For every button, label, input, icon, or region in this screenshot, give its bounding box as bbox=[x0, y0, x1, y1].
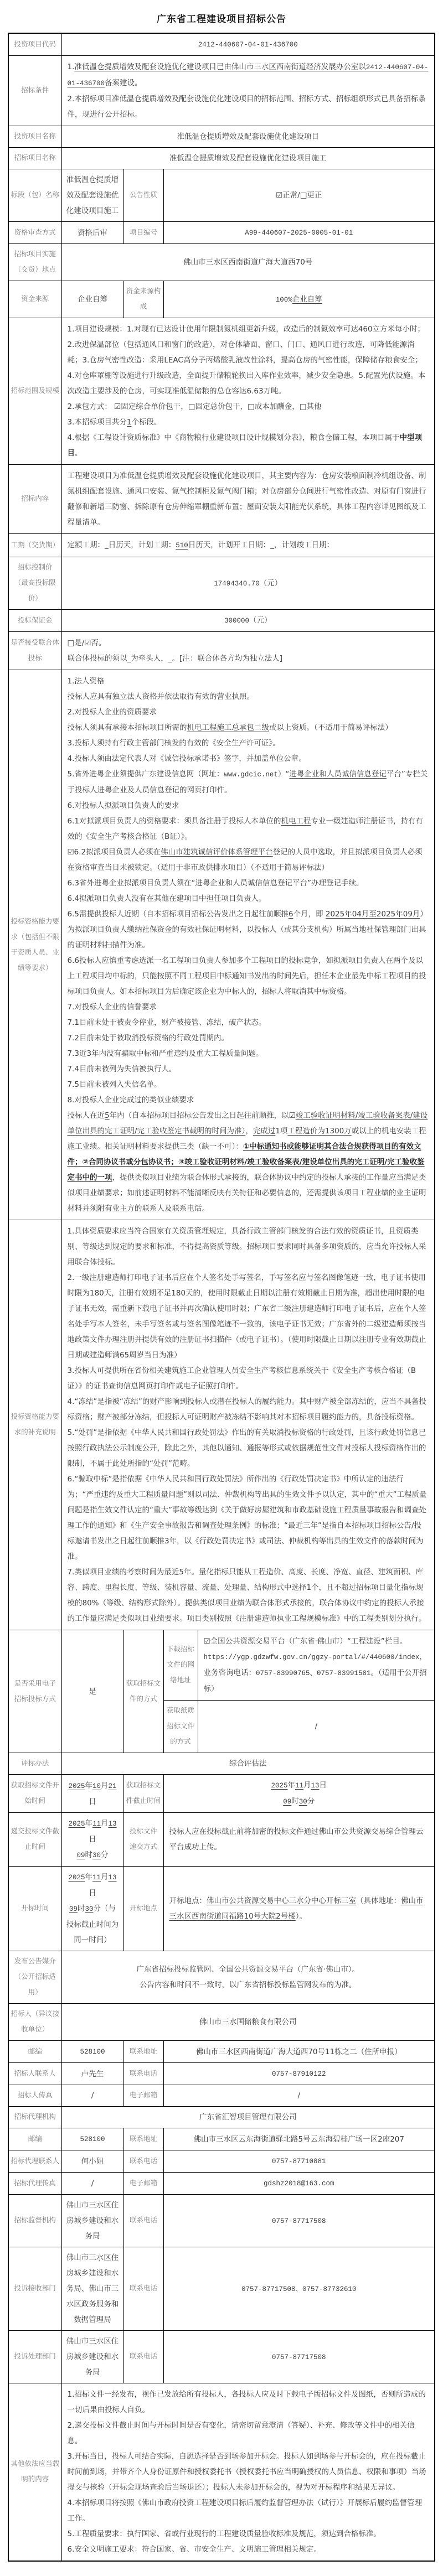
text-line: 1.具体资质要求应当符合国家有关资质管理规定，具备行政主管部门核发的合法有效的资… bbox=[68, 1224, 429, 1270]
tenderer-postcode-label: 邮编 bbox=[8, 2041, 61, 2063]
obtain-deadline-value: 2025年11月13日09时30分 bbox=[163, 1775, 435, 1813]
text-line: 17494340.70（元） bbox=[66, 576, 430, 592]
text-line: 佛山市三水区西南街道广海大道西70号11栋之二（住所申报） bbox=[168, 2044, 430, 2060]
text-line: 综合评估法 bbox=[66, 1756, 430, 1771]
table-row: 招标项目实施（交货）地点佛山市三水区西南街道广海大道西70号 bbox=[8, 244, 435, 281]
complaint-handling-label: 投诉处理部门 bbox=[8, 2331, 61, 2383]
text-segment: （元） bbox=[249, 616, 272, 625]
text-segment: 6 bbox=[289, 910, 293, 919]
text-segment: www.gdcic.net bbox=[224, 771, 278, 779]
text-segment: 1. bbox=[68, 63, 75, 71]
text-line: 4.本招标项目将按照《佛山市政府投资工程建设项目标后履约监督管理办法（试行）》开… bbox=[68, 2495, 429, 2526]
table-row: 招标代理机构广东省汇智项目管理有限公司 bbox=[8, 2107, 435, 2128]
text-line: 投标人应具有独立法人资格并依法取得有效的营业执照。 bbox=[68, 689, 429, 704]
text-line: 6.4拟派项目负责人没有在其他在建项目中担任项目负责人。 bbox=[68, 891, 429, 906]
text-line: 0757-87717508、0757-87732610 bbox=[168, 2281, 430, 2297]
text-line: 招标文件 bbox=[166, 1719, 196, 1734]
text-segment: 月 bbox=[101, 1873, 109, 1882]
text-line: 0757-87910122 bbox=[168, 2066, 430, 2082]
obtain-start-time-value: 2025年10月21日 bbox=[61, 1775, 123, 1813]
text-line: 招标项目实施 bbox=[11, 247, 60, 262]
text-segment: 2412-440607-04-01-436700 bbox=[198, 41, 298, 49]
bid-opening-time-value: 2025年11月13日09时30分（与投标截止时间为同一时间） bbox=[61, 1867, 123, 1951]
text-line: 6.安全文明施工要求：符合国家、省、市安全生产、文明施工管理相关规定。 bbox=[68, 2542, 429, 2557]
text-line: 3.投标人须持有行政主管部门核发的有效的《安全生产许可证》。 bbox=[68, 735, 429, 751]
text-line: 联系地址 bbox=[126, 2044, 162, 2060]
text-line: A99-440607-2025-0005-01-01 bbox=[168, 225, 430, 241]
text-line: 佛山市三水国储粮食有限公司 bbox=[66, 2014, 430, 2030]
text-line: 5.省外进粤企业须提供广东建设信息网（网址：www.gdcic.net）“进粤企… bbox=[68, 766, 429, 798]
text-line: 电子邮箱 bbox=[126, 2176, 162, 2191]
text-segment: 日历天，计划开工日期：_，计划竣工日期： bbox=[188, 541, 334, 550]
text-line: 投标文件 bbox=[126, 1824, 162, 1839]
text-segment: 分 bbox=[101, 1851, 109, 1859]
bid-opening-place-label: 开标地点 bbox=[123, 1867, 163, 1951]
qualification-supplement-value: 1.具体资质要求应当符合国家有关资质管理规定，具备行政主管部门核发的合法有效的资… bbox=[61, 1220, 435, 1630]
obtain-deadline-label: 获取招标文件截止时间 bbox=[123, 1775, 163, 1813]
text-segment: 528100 bbox=[80, 2136, 105, 2143]
text-line: 1.招标文件一经发布，视作已发放给所有投标人，各投标人应及时下载电子版招标文件及… bbox=[68, 2387, 429, 2418]
fund-source-label: 资金来源 bbox=[8, 281, 61, 318]
other-content-label: 其他依法应当载明的内容 bbox=[8, 2383, 61, 2562]
text-line: 用） bbox=[11, 1985, 60, 2000]
text-line: 件截止时间 bbox=[126, 1794, 162, 1809]
text-line: 投诉处理部门 bbox=[11, 2349, 60, 2365]
text-segment: 年 bbox=[288, 1781, 296, 1790]
table-row: 递交投标文件截止时间2025年11月13日09时30分投标文件递交方式投标人应在… bbox=[8, 1813, 435, 1867]
supervision-agency-value: 佛山市三水区住房城乡建设和水务局 bbox=[61, 2195, 123, 2247]
text-segment: 09 bbox=[76, 1852, 85, 1859]
text-line: 招标控制价 bbox=[11, 560, 60, 576]
text-line: 7.3近3年内没有骗取中标和严重违约及重大工程质量问题。 bbox=[68, 1046, 429, 1061]
agency-fax-value: / bbox=[61, 2173, 123, 2195]
tender-project-name-label: 招标项目名称 bbox=[8, 148, 61, 169]
text-segment: 备案建设。 bbox=[105, 79, 142, 87]
text-line: 定额工期：_日历天，计划工期：510日历天，计划开工日期：_，计划竣工日期： bbox=[68, 537, 429, 553]
supervision-phone-value: 0757-87717508 bbox=[163, 2195, 435, 2247]
text-line: 佛山市三水区住房城乡建设和水务局 bbox=[66, 2197, 119, 2244]
text-segment: 日 bbox=[89, 1835, 96, 1844]
text-line: 何小姐 bbox=[66, 2154, 119, 2169]
text-line: 2025年11月13日 bbox=[66, 1816, 119, 1847]
announcement-table: 投资项目代码2412-440607-04-01-436700招标条件1.准低温仓… bbox=[8, 33, 435, 2562]
table-row: 招标代理传真/电子邮箱gdshz2018@163.com bbox=[8, 2173, 435, 2195]
text-line: 标段（包）名称 bbox=[11, 188, 60, 203]
text-segment: 5 bbox=[105, 1111, 110, 1120]
text-line: 求（包括但不限 bbox=[11, 930, 60, 945]
table-row: 投标资格能力要求的补充说明1.具体资质要求应当符合国家有关资质管理规定，具备行政… bbox=[8, 1220, 435, 1630]
table-row: 标段（包）名称准低温仓提质增效及配套设施优化建设项目施工公告性质☑正常/□更正 bbox=[8, 169, 435, 222]
investment-project-name-value: 准低温仓提质增效及配套设施优化建设项目 bbox=[61, 126, 435, 148]
text-segment: 2025 bbox=[271, 1782, 287, 1790]
text-line: 业务咨询电话：0757-83990765、0757-83991581。（适用于公… bbox=[204, 1665, 429, 1697]
fund-source-value: 企业自筹 bbox=[61, 281, 123, 318]
text-segment: ，提供类似项目业绩为联合体形式承接的，联合体协议中约定的投标人承接的工作量应当满… bbox=[68, 1173, 426, 1213]
table-row: 招标人传真/电子邮箱/ bbox=[8, 2085, 435, 2107]
complaint-receiving-phone-value: 0757-87717508、0757-87732610 bbox=[163, 2247, 435, 2331]
text-segment: 机电工程 bbox=[281, 817, 311, 826]
text-line: 于资质人员、业 bbox=[11, 945, 60, 961]
text-line: 09时30分 bbox=[168, 1794, 430, 1810]
text-line: 3.投标人可提供所在省份相关建筑施工企业管理人员安全生产考核信息系统关于《安全生… bbox=[68, 1363, 429, 1394]
price-ceiling-value: 17494340.70（元） bbox=[61, 557, 435, 610]
agency-fax-label: 招标代理传真 bbox=[8, 2173, 61, 2195]
construction-period-value: 定额工期：_日历天，计划工期：510日历天，计划开工日期：_，计划竣工日期： bbox=[61, 534, 435, 557]
text-line: 投标人须具有承接本招标项目所需的机电工程施工总承包二级或以上资质。（不适用于简易… bbox=[68, 720, 429, 735]
agency-address-value: 佛山市三水区云东海街道驿北路5号云东海碧桂广场一区2座207 bbox=[163, 2128, 435, 2150]
text-line: 联系电话 bbox=[126, 2281, 162, 2297]
text-line: 收单位） bbox=[11, 2022, 60, 2038]
text-line: 投标人在近5年内（自本招标项目招标公告发出之日起往前顺推，以☑竣工验收证明材料/… bbox=[68, 1108, 429, 1216]
text-segment: 0757-87717508 bbox=[272, 2217, 326, 2225]
submission-method-label: 投标文件递交方式 bbox=[123, 1813, 163, 1867]
bid-bond-value: 300000（元） bbox=[61, 610, 435, 632]
text-line: 招标代理联系人 bbox=[11, 2154, 60, 2169]
text-line: 评标办法 bbox=[11, 1756, 60, 1771]
text-line: 下载招标 bbox=[166, 1642, 196, 1657]
text-segment: 年 bbox=[85, 1819, 92, 1828]
text-line: 6.1对拟派项目负责人的资格要求：须具备注册于投标人本单位的机电工程专业一级建造… bbox=[68, 813, 429, 844]
table-row: 获取招标文件开始时间2025年10月21日获取招标文件截止时间2025年11月1… bbox=[8, 1775, 435, 1813]
text-line: 1.法人资格 bbox=[68, 673, 429, 689]
text-segment: A99-440607-2025-0005-01-01 bbox=[245, 229, 353, 237]
text-line: 络地址 bbox=[166, 1673, 196, 1688]
text-segment: 个月，即 bbox=[293, 910, 326, 919]
text-line: 联系电话 bbox=[126, 2154, 162, 2169]
agency-phone-value: 0757-87710881 bbox=[163, 2150, 435, 2173]
tenderer-postcode-value: 528100 bbox=[61, 2041, 123, 2063]
text-segment: 企业自筹 bbox=[292, 295, 322, 304]
section-name-value: 准低温仓提质增效及配套设施优化建设项目施工 bbox=[61, 169, 123, 222]
evaluation-method-label: 评标办法 bbox=[8, 1753, 61, 1775]
table-row: 招标范围及规模1.项目建设规模：1.对现有已达设计使用年限制氮机组更新升级，改造… bbox=[8, 318, 435, 465]
text-line: ☑全国公共资源交易平台（广东省·佛山市）“工程建设”栏目。 bbox=[204, 1634, 429, 1649]
tenderer-phone-label: 联系电话 bbox=[123, 2063, 163, 2085]
text-line: 是否采用电子 bbox=[11, 1676, 60, 1692]
table-row: 招标监督机构佛山市三水区住房城乡建设和水务局联系电话0757-87717508 bbox=[8, 2195, 435, 2247]
text-line: 件的方式 bbox=[126, 1692, 162, 1707]
agency-email-label: 电子邮箱 bbox=[123, 2173, 163, 2195]
table-row: 邮编528100联系地址佛山市三水区西南街道广海大道西70号11栋之二（住所申报… bbox=[8, 2041, 435, 2063]
e-bidding-label: 是否采用电子招标投标方式 bbox=[8, 1630, 61, 1753]
text-line: 准低温仓提质增效及配套设施优化建设项目施工 bbox=[66, 151, 430, 166]
text-line: 2.递交投标文件截止时间与开标时间是否有变化，请密切留意澄清（答疑）、补充、修改… bbox=[68, 2418, 429, 2449]
text-line: 佛山市三水区住房城乡建设和水务局、佛山市三水区政务服务和数据管理局 bbox=[66, 2250, 119, 2328]
text-line: 投标保证金 bbox=[11, 613, 60, 629]
text-segment: 完成过 bbox=[253, 1127, 276, 1136]
agency-label: 招标代理机构 bbox=[8, 2107, 61, 2128]
text-segment: 投标人在近 bbox=[68, 1111, 105, 1120]
notice-nature-value: ☑正常/□更正 bbox=[163, 169, 435, 222]
qualification-review-value: 资格后审 bbox=[61, 222, 123, 244]
text-line: 资格后审 bbox=[66, 225, 119, 241]
text-line: 获取纸质 bbox=[166, 1703, 196, 1719]
text-line: 公告性质 bbox=[126, 188, 162, 203]
table-row: 是否采用电子招标投标方式是获取招标文件的方式下载招标文件的网络地址☑全国公共资源… bbox=[8, 1630, 435, 1701]
text-line: / bbox=[203, 1719, 430, 1734]
text-segment: 5.省外进粤企业须提供广东建设信息网（网址： bbox=[68, 770, 224, 779]
tender-scope-scale-label: 招标范围及规模 bbox=[8, 318, 61, 465]
page-title: 广东省工程建设项目招标公告 bbox=[8, 11, 435, 25]
text-line: 求的补充说明 bbox=[11, 1425, 60, 1440]
text-line: 0757-87717508 bbox=[168, 2213, 430, 2229]
supervision-agency-label: 招标监督机构 bbox=[8, 2195, 61, 2247]
text-line: 邮编 bbox=[11, 2044, 60, 2060]
table-row: 招标项目名称准低温仓提质增效及配套设施优化建设项目施工 bbox=[8, 148, 435, 169]
agency-contact-label: 招标代理联系人 bbox=[8, 2150, 61, 2173]
text-line: 5.“处罚”是指依据《中华人民共和国行政处罚法》作出的有关取消投标资格的行政处罚… bbox=[68, 1425, 429, 1471]
tenderer-address-label: 联系地址 bbox=[123, 2041, 163, 2063]
agency-postcode-label: 邮编 bbox=[8, 2128, 61, 2150]
text-line: 工程建设项目为准低温仓提质增效及配套设施优化建设项目，其主要内容为：仓房安装粮面… bbox=[68, 468, 429, 530]
text-segment: 投标人须具有承接本招标项目所需的 bbox=[68, 723, 187, 732]
text-line: 招标条件 bbox=[11, 83, 60, 99]
text-line: 投标资格能力要 bbox=[11, 914, 60, 930]
table-row: 投资项目代码2412-440607-04-01-436700 bbox=[8, 33, 435, 56]
table-row: 其他依法应当载明的内容1.招标文件一经发布，视作已发放给所有投标人，各投标人应及… bbox=[8, 2383, 435, 2562]
text-line: 5.工程质量要求：执行国家、省或行业现行的工程建设质量验收标准及规范，须达到合格… bbox=[68, 2526, 429, 2542]
text-segment: （元） bbox=[260, 579, 282, 588]
project-number-value: A99-440607-2025-0005-01-01 bbox=[163, 222, 435, 244]
download-url-label: 下载招标文件的网络地址 bbox=[163, 1630, 198, 1701]
table-row: 是否接受联合体投标□是/☑否。联合体投标的须以_为牵头人，_。[注：联合体各方均… bbox=[8, 632, 435, 670]
text-segment: 6.1对拟派项目负责人的资格要求：须具备注册于投标人本单位的 bbox=[68, 817, 281, 826]
text-segment: 300000 bbox=[224, 617, 249, 625]
text-line: 是否接受联合体 bbox=[11, 635, 60, 651]
text-segment: 年 bbox=[85, 1781, 92, 1790]
text-line: / bbox=[168, 2088, 430, 2103]
text-line: 528100 bbox=[66, 2131, 119, 2147]
text-line: 资格审查方式 bbox=[11, 225, 60, 241]
text-line: 其他依法应当载 bbox=[11, 2456, 60, 2472]
text-line: 递交方式 bbox=[126, 1839, 162, 1855]
text-segment: 1项 bbox=[275, 1127, 287, 1136]
text-segment: 510 bbox=[176, 542, 188, 550]
text-segment: 2025 bbox=[68, 1820, 85, 1828]
text-line: 2412-440607-04-01-436700 bbox=[66, 37, 430, 53]
text-segment: 月 bbox=[303, 1781, 311, 1790]
paper-docs-method-value: / bbox=[198, 1701, 435, 1753]
text-segment: 10 bbox=[92, 1782, 101, 1790]
text-line: 止时间 bbox=[11, 1839, 60, 1855]
text-segment: 日 bbox=[320, 1781, 327, 1790]
text-line: 2.一级注册建造师打印电子证书后应在个人签名处手写签名，手写签名应与签名图像笔迹… bbox=[68, 1270, 429, 1363]
download-url-value: ☑全国公共资源交易平台（广东省·佛山市）“工程建设”栏目。https://ygp… bbox=[198, 1630, 435, 1701]
text-segment: 100% bbox=[276, 296, 292, 304]
text-segment: ）“ bbox=[278, 770, 290, 779]
text-segment: https://ygp.gdzwfw.gov.cn/ggzy-portal/#/… bbox=[204, 1654, 427, 1661]
tender-scope-scale-value: 1.项目建设规模：1.对现有已达设计使用年限制氮机组更新升级，改造后的制氮效率可… bbox=[61, 318, 435, 465]
text-line: 招标代理传真 bbox=[11, 2176, 60, 2191]
qualification-requirements-label: 投标资格能力要求（包括但不限于资质人员、业绩等要求） bbox=[8, 670, 61, 1220]
text-segment: 年内（自本招标项目招标公告发出之日起往前顺推，以☑ bbox=[110, 1111, 296, 1120]
text-segment: 工程造价为1300万 bbox=[287, 1127, 351, 1136]
text-line: 2025年11月13日 bbox=[66, 1869, 119, 1901]
text-line: 公告内容和时间不一致时，以广东省招标投标监管网发布的为准。 bbox=[66, 1977, 430, 1993]
text-line: 7.1目前未处于被责令停业，财产被接管、冻结，破产状态。 bbox=[68, 1015, 429, 1030]
text-line: 4.“冻结”是指被“冻结”的财产影响到投标人或潜在投标人的履约能力。其中财产被全… bbox=[68, 1394, 429, 1425]
text-line: 企业自筹 bbox=[66, 292, 119, 307]
text-segment: 时 bbox=[291, 1797, 299, 1806]
submission-deadline-value: 2025年11月13日09时30分 bbox=[61, 1813, 123, 1867]
text-line: / bbox=[66, 2088, 119, 2103]
text-line: 300000（元） bbox=[66, 613, 430, 629]
text-line: 投诉接收部门 bbox=[11, 2281, 60, 2297]
text-line: 4.根据《工程设计资质标准》中《商物粮行业建设项目设计规模划分表》，粮食仓储工程… bbox=[68, 430, 429, 461]
text-line: （公开招标适 bbox=[11, 1969, 60, 1985]
text-line: 7.对投标人企业的信誉要求 bbox=[68, 999, 429, 1015]
agency-contact-value: 何小姐 bbox=[61, 2150, 123, 2173]
text-line: 邮编 bbox=[11, 2132, 60, 2147]
text-line: 6.6投标人应慎重考虑选派一名工程项目负责人参加多个工程项目的投标竞争，如拟派项… bbox=[68, 953, 429, 999]
implementation-location-label: 招标项目实施（交货）地点 bbox=[8, 244, 61, 281]
text-line: 投资项目代码 bbox=[11, 37, 60, 53]
text-line: 项目编号 bbox=[126, 225, 162, 241]
text-segment: 年 bbox=[85, 1873, 92, 1882]
text-line: 招标项目名称 bbox=[11, 151, 60, 166]
tenderer-email-value: / bbox=[163, 2085, 435, 2107]
table-row: 资格审查方式资格后审项目编号A99-440607-2025-0005-01-01 bbox=[8, 222, 435, 244]
table-row: 工期（交货期）定额工期：_日历天，计划工期：510日历天，计划开工日期：_，计划… bbox=[8, 534, 435, 557]
table-row: 投标资格能力要求（包括但不限于资质人员、业绩等要求）1.法人资格投标人应具有独立… bbox=[8, 670, 435, 1220]
agency-email-value: gdshz2018@163.com bbox=[163, 2173, 435, 2195]
text-line: 1.项目建设规模：1.对现有已达设计使用年限制氮机组更新升级，改造后的制氮效率可… bbox=[68, 322, 429, 399]
tenderer-address-value: 佛山市三水区西南街道广海大道西70号11栋之二（住所申报） bbox=[163, 2041, 435, 2063]
text-segment: 11 bbox=[295, 1782, 303, 1790]
text-segment: 0757-87717508 bbox=[272, 2354, 326, 2361]
text-line: 联合体投标的须以_为牵头人，_。[注：联合体各方均为独立法人] bbox=[68, 651, 429, 666]
text-line: 7.2目前未处于被取消投标资格的行政处罚期内。 bbox=[68, 1030, 429, 1046]
text-segment: 30 bbox=[299, 1798, 307, 1806]
tender-project-name-value: 准低温仓提质增效及配套设施优化建设项目施工 bbox=[61, 148, 435, 169]
text-segment: 0757-83990765、0757-83991581 bbox=[256, 1670, 371, 1677]
text-line: 7.类似项目业绩的考察时间为最近5年。量化指标只能从工程造价、高度、长度、净宽、… bbox=[68, 1564, 429, 1626]
text-line: 资金来源构 bbox=[126, 284, 162, 299]
text-segment: ）。 bbox=[296, 1912, 307, 1921]
bid-bond-label: 投标保证金 bbox=[8, 610, 61, 632]
text-segment: 佛山市建筑诚信评价体系管理平台 bbox=[161, 848, 273, 857]
agency-address-label: 联系地址 bbox=[123, 2128, 163, 2150]
text-segment: 30 bbox=[92, 1852, 101, 1859]
text-line: 招标人联系人 bbox=[11, 2066, 60, 2082]
table-row: 评标办法综合评估法 bbox=[8, 1753, 435, 1775]
text-segment: 业务咨询电话： bbox=[204, 1668, 256, 1677]
text-line: ☑正常/□更正 bbox=[168, 188, 430, 203]
table-row: 招标人联系人卢先生联系电话0757-87910122 bbox=[8, 2063, 435, 2085]
text-segment: 或以上资质。（不适用于简易评标法） bbox=[269, 723, 393, 732]
text-line: 招标内容 bbox=[11, 491, 60, 507]
announcement-media-label: 发布公告媒介（公开招标适用） bbox=[8, 1951, 61, 2004]
text-segment: 定额工期：_日历天，计划工期： bbox=[68, 541, 176, 550]
tender-content-label: 招标内容 bbox=[8, 465, 61, 534]
project-number-label: 项目编号 bbox=[123, 222, 163, 244]
text-line: 2.承包方式： ☑固定综合单价包干，□固定总价包干，□成本加酬金，□其他 bbox=[68, 399, 429, 414]
text-line: 准低温仓提质增效及配套设施优化建设项目施工 bbox=[66, 172, 119, 219]
text-segment: 13 bbox=[109, 1820, 117, 1828]
table-row: 投诉接收部门佛山市三水区住房城乡建设和水务局、佛山市三水区政务服务和数据管理局联… bbox=[8, 2247, 435, 2331]
text-segment: 。 bbox=[75, 449, 83, 458]
text-line: 0757-87717508 bbox=[168, 2349, 430, 2365]
text-line: 2025年10月21日 bbox=[66, 1778, 119, 1810]
text-line: 文件的网 bbox=[166, 1657, 196, 1673]
text-line: 09时30分 bbox=[66, 1847, 119, 1863]
agency-value: 广东省汇智项目管理有限公司 bbox=[61, 2107, 435, 2128]
text-segment: 11 bbox=[92, 1874, 101, 1882]
table-row: 招标代理联系人何小姐联系电话0757-87710881 bbox=[8, 2150, 435, 2173]
text-line: 广东省招标投标监管网、全国公共资源交易平台（广东省·佛山市）。 bbox=[66, 1962, 430, 1977]
text-line: 3.开标当日，投标人可结合实际，自愿选择是否到场参加开标会。投标人如到场参与开标… bbox=[68, 2449, 429, 2495]
text-line: 6.3省外进粤企业拟派项目负责人须在“进粤企业和人员诚信信息登记平台”办理登记手… bbox=[68, 875, 429, 891]
text-line: 准低温仓提质增效及配套设施优化建设项目 bbox=[66, 129, 430, 144]
text-line: 联系电话 bbox=[126, 2066, 162, 2082]
text-line: 6.“骗取中标”是指依据《中华人民共和国行政处罚法》所作出的《行政处罚决定书》中… bbox=[68, 1471, 429, 1564]
text-line: 佛山市三水区住房城乡建设和水务局 bbox=[66, 2334, 119, 2380]
text-segment: 4.根据《工程设计资质标准》中《商物粮行业建设项目设计规模划分表》，粮食仓储工程… bbox=[68, 433, 400, 442]
consortium-bidding-value: □是/☑否。联合体投标的须以_为牵头人，_。[注：联合体各方均为独立法人] bbox=[61, 632, 435, 670]
text-line: 7.4目前未被列为失信被执行人。 bbox=[68, 1061, 429, 1077]
text-line: 电子邮箱 bbox=[126, 2088, 162, 2103]
table-row: 招标条件1.准低温仓提质增效及配套设施优化建设项目已由佛山市三水区西南街道经济发… bbox=[8, 56, 435, 126]
text-segment: ， bbox=[245, 1127, 253, 1136]
evaluation-method-value: 综合评估法 bbox=[61, 1753, 435, 1775]
text-line: 100%企业自筹 bbox=[168, 292, 430, 308]
text-line: 联系电话 bbox=[126, 2213, 162, 2228]
implementation-location-value: 佛山市三水区西南街道广海大道西70号 bbox=[61, 244, 435, 281]
text-line: 成 bbox=[126, 299, 162, 315]
complaint-handling-phone-value: 0757-87717508 bbox=[163, 2331, 435, 2383]
submission-method-value: 投标人应在投标截止前将加密的投标文件通过佛山市公共资源交易综合管理云平台成功上传… bbox=[163, 1813, 435, 1867]
text-line: 资金来源 bbox=[11, 292, 60, 307]
text-line: 获取招标文 bbox=[126, 1676, 162, 1692]
obtain-docs-method-label: 获取招标文件的方式 bbox=[123, 1630, 163, 1753]
text-segment: 0757-87717508、0757-87732610 bbox=[241, 2285, 357, 2293]
section-name-label: 标段（包）名称 bbox=[8, 169, 61, 222]
table-row: 资金来源企业自筹资金来源构成100%企业自筹 bbox=[8, 281, 435, 318]
table-row: 发布公告媒介（公开招标适用）广东省招标投标监管网、全国公共资源交易平台（广东省·… bbox=[8, 1951, 435, 2004]
text-line: 获取招标文 bbox=[126, 1778, 162, 1794]
complaint-handling-value: 佛山市三水区住房城乡建设和水务局 bbox=[61, 2331, 123, 2383]
investment-project-name-label: 投资项目名称 bbox=[8, 126, 61, 148]
announcement-document: 广东省工程建设项目招标公告 投资项目代码2412-440607-04-01-43… bbox=[8, 0, 435, 2576]
complaint-receiving-label: 投诉接收部门 bbox=[8, 2247, 61, 2331]
text-line: 招标范围及规模 bbox=[11, 383, 60, 399]
tenderer-value: 佛山市三水国储粮食有限公司 bbox=[61, 2004, 435, 2041]
text-segment: 月 bbox=[101, 1819, 109, 1828]
investment-code-label: 投资项目代码 bbox=[8, 33, 61, 56]
text-line: 开标时间 bbox=[11, 1901, 60, 1916]
text-segment: 30 bbox=[85, 1905, 94, 1913]
text-line: 招标代理机构 bbox=[11, 2109, 60, 2125]
text-segment: 日 bbox=[89, 1797, 96, 1806]
text-segment: 个标段。 bbox=[131, 418, 161, 427]
text-line: 招标人传真 bbox=[11, 2088, 60, 2103]
text-line: 2.对投标人企业的资质要求 bbox=[68, 704, 429, 720]
text-line: 7.5目前未被列入失信名单。 bbox=[68, 1077, 429, 1092]
text-line: 投标人应在投标截止前将加密的投标文件通过佛山市公共资源交易综合管理云平台成功上传… bbox=[169, 1824, 429, 1855]
e-bidding-value: 是 bbox=[61, 1630, 123, 1753]
tender-content-value: 工程建设项目为准低温仓提质增效及配套设施优化建设项目，其主要内容为：仓房安装粮面… bbox=[61, 465, 435, 534]
text-line: 明的内容 bbox=[11, 2472, 60, 2487]
text-segment: 528100 bbox=[80, 2048, 105, 2056]
text-line: ☑6.2拟派项目负责人必须在佛山市建筑诚信评价体系管理平台登记的人员中选取，并且… bbox=[68, 844, 429, 875]
text-segment: 6.5需提供投标人近期（自本招标项目招标公告发出之日起往前顺推 bbox=[68, 910, 289, 919]
table-row: 邮编528100联系地址佛山市三水区云东海街道驿北路5号云东海碧桂广场一区2座2… bbox=[8, 2128, 435, 2150]
announcement-media-value: 广东省招标投标监管网、全国公共资源交易平台（广东省·佛山市）。公告内容和时间不一… bbox=[61, 1951, 435, 2004]
text-line: 投标 bbox=[11, 651, 60, 666]
bidding-conditions-label: 招标条件 bbox=[8, 56, 61, 126]
text-segment: 17494340.70 bbox=[214, 580, 260, 588]
text-line: 招标投标方式 bbox=[11, 1692, 60, 1707]
